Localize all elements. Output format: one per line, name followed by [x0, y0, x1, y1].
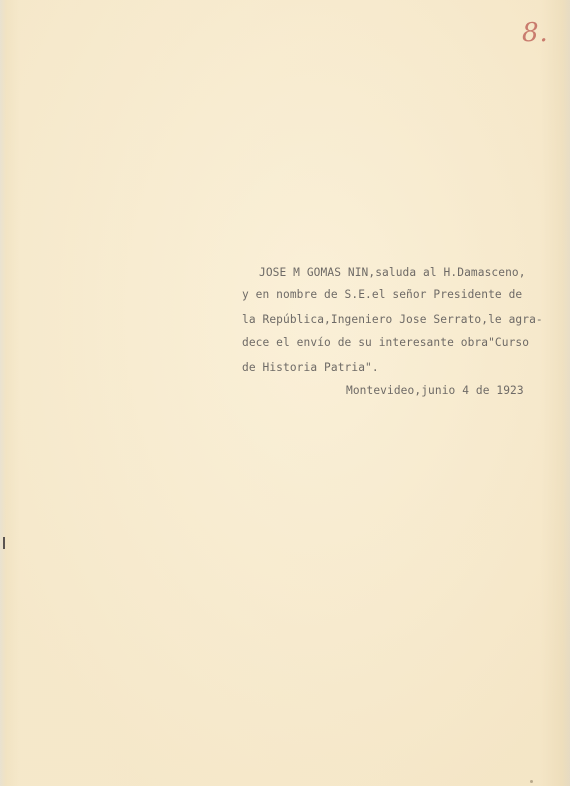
edge-mark [3, 537, 5, 549]
handwritten-page-number: 8. [522, 18, 549, 48]
document-page: 8. JOSE M GOMAS NIN,saluda al H.Damascen… [0, 0, 570, 786]
letter-line-2: y en nombre de S.E.el señor Presidente d… [242, 288, 522, 301]
paper-speck [530, 780, 533, 783]
letter-line-5: de Historia Patria". [242, 361, 379, 374]
dateline: Montevideo,junio 4 de 1923 [346, 384, 524, 397]
letter-line-4: dece el envío de su interesante obra"Cur… [242, 336, 529, 349]
letter-line-1: JOSE M GOMAS NIN,saluda al H.Damasceno, [259, 266, 526, 279]
letter-line-3: la República,Ingeniero Jose Serrato,le a… [242, 313, 543, 326]
